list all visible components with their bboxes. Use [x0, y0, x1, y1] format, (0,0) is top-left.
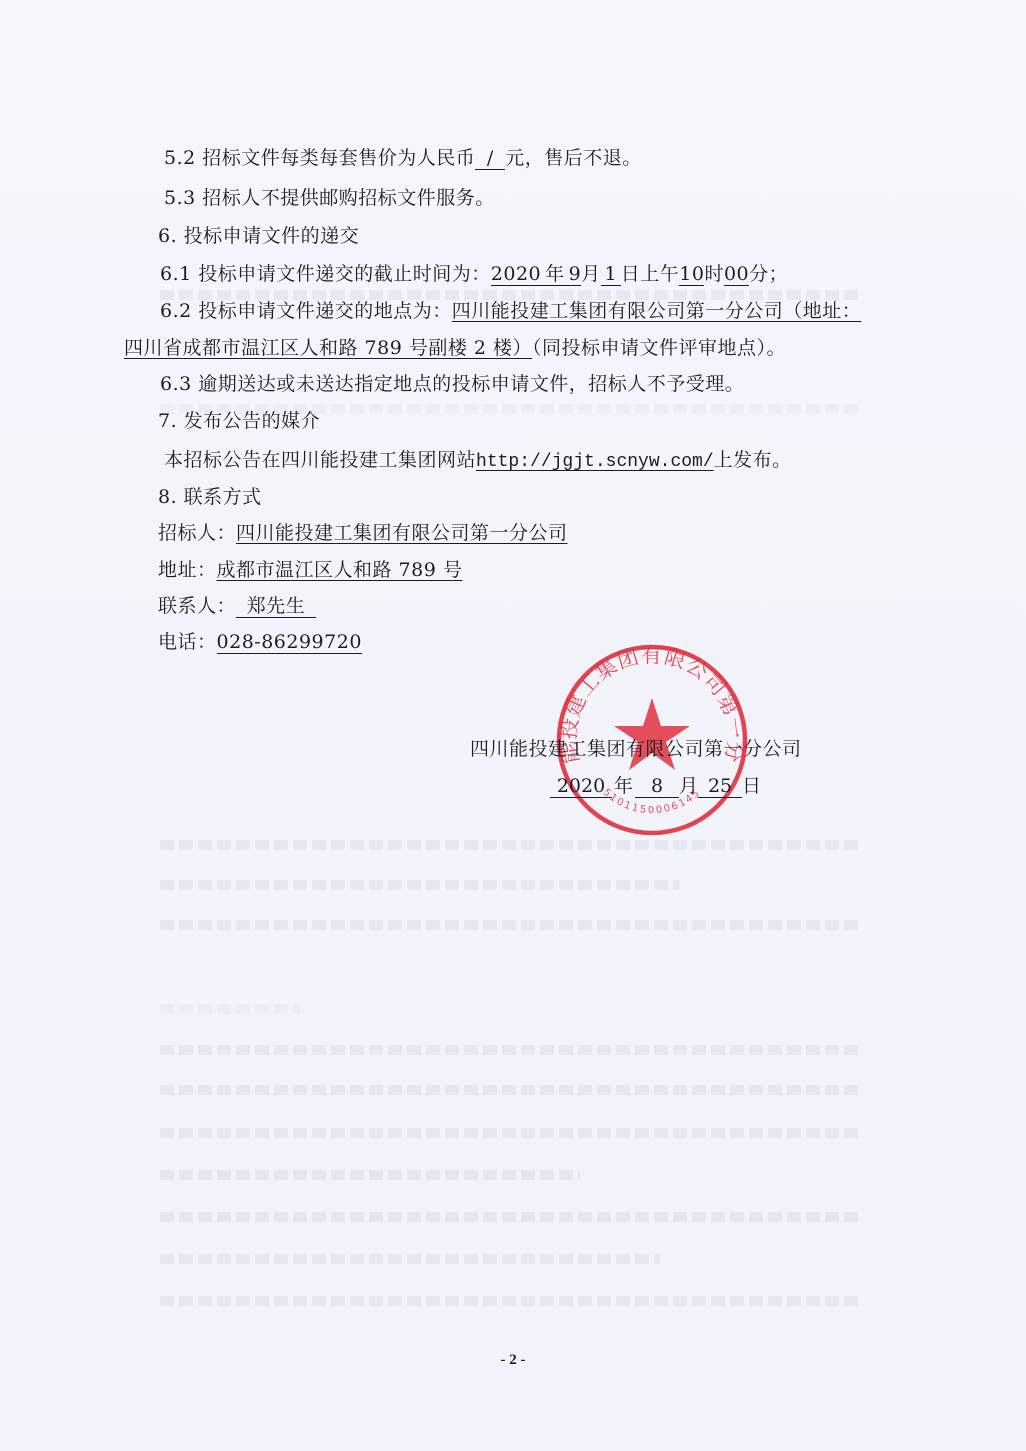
deadline-day-unit: 日上午 — [621, 263, 680, 285]
clause-5-2-suffix: 元，售后不退。 — [505, 147, 642, 169]
bleed-through-line — [160, 1296, 860, 1306]
bleed-through-line — [160, 880, 680, 890]
signing-organization-name: 四川能投建工集团有限公司第一分公司 — [470, 738, 802, 760]
bleed-through-line — [160, 1004, 300, 1014]
clause-6-3: 6.3 逾期送达或未送达指定地点的投标申请文件，招标人不予受理。 — [160, 372, 744, 396]
contact-row: 联系人： 郑先生 — [158, 594, 316, 618]
section-6-title: 6. 投标申请文件的递交 — [158, 225, 359, 247]
signing-year-unit: 年 — [612, 775, 635, 797]
bleed-through-line — [160, 1212, 860, 1222]
price-blank: / — [475, 147, 505, 170]
clause-6-2-line1: 6.2 投标申请文件递交的地点为：四川能投建工集团有限公司第一分公司（地址： — [160, 299, 861, 323]
tenderer-label: 招标人： — [158, 522, 236, 544]
section-6-heading: 6. 投标申请文件的递交 — [158, 224, 359, 248]
deadline-minute: 00 — [724, 263, 749, 286]
deadline-hour: 10 — [679, 263, 704, 286]
signing-day-unit: 日 — [742, 775, 761, 797]
signing-organization: 四川能投建工集团有限公司第一分公司 — [470, 737, 802, 761]
bleed-through-line — [160, 840, 860, 850]
deadline-year-unit: 年 — [541, 263, 569, 286]
signing-month: 8 — [635, 775, 679, 798]
address-value: 成都市温江区人和路 789 号 — [217, 559, 463, 581]
bleed-through-line — [160, 1254, 660, 1264]
signing-year: 2020 — [550, 775, 612, 798]
page-number: - 2 - — [0, 1352, 1026, 1369]
document-page: 5.2 招标文件每类每套售价为人民币 / 元，售后不退。 5.3 招标人不提供邮… — [0, 0, 1026, 1451]
clause-6-1: 6.1 投标申请文件递交的截止时间为：2020年 9 月 1 日上午 10 时 … — [160, 262, 788, 286]
address-row: 地址：成都市温江区人和路 789 号 — [158, 558, 462, 582]
deadline-minute-unit: 分； — [749, 263, 788, 285]
tenderer-row: 招标人：四川能投建工集团有限公司第一分公司 — [158, 521, 568, 545]
clause-5-3: 5.3 招标人不提供邮购招标文件服务。 — [164, 186, 495, 210]
phone-label: 电话： — [158, 631, 217, 653]
clause-6-1-prefix: 6.1 投标申请文件递交的截止时间为： — [160, 263, 491, 285]
tenderer-value: 四川能投建工集团有限公司第一分公司 — [236, 522, 568, 544]
clause-6-2-suffix: （同投标申请文件评审地点）。 — [532, 337, 786, 359]
website-link[interactable]: http://jgjt.scnyw.com/ — [476, 452, 714, 472]
contact-value: 郑先生 — [236, 595, 316, 618]
bleed-through-line — [160, 1045, 860, 1055]
clause-5-2-prefix: 5.2 招标文件每类每套售价为人民币 — [164, 147, 475, 169]
phone-value: 028-86299720 — [217, 631, 362, 654]
clause-6-2-prefix: 6.2 投标申请文件递交的地点为： — [160, 300, 452, 322]
clause-5-3-text: 5.3 招标人不提供邮购招标文件服务。 — [164, 187, 495, 209]
clause-6-2-line2: 四川省成都市温江区人和路 789 号副楼 2 楼）（同投标申请文件评审地点）。 — [124, 336, 786, 360]
publication-suffix: 上发布。 — [714, 449, 792, 471]
bleed-through-line — [160, 1128, 860, 1138]
section-8-heading: 8. 联系方式 — [158, 485, 262, 509]
clause-6-3-text: 6.3 逾期送达或未送达指定地点的投标申请文件，招标人不予受理。 — [160, 373, 744, 395]
phone-row: 电话： 028-86299720 — [158, 630, 362, 654]
deadline-hour-unit: 时 — [704, 263, 724, 285]
publication-prefix: 本招标公告在四川能投建工集团网站 — [164, 449, 476, 471]
signing-date: 2020年8月25日 — [550, 774, 761, 798]
contact-label: 联系人： — [158, 595, 236, 617]
signing-month-unit: 月 — [679, 775, 698, 797]
publication-media: 本招标公告在四川能投建工集团网站http://jgjt.scnyw.com/上发… — [164, 448, 792, 474]
submission-location-line1: 四川能投建工集团有限公司第一分公司（地址： — [452, 300, 862, 322]
section-8-title: 8. 联系方式 — [158, 486, 262, 508]
bleed-through-line — [160, 1085, 860, 1095]
deadline-day: 1 — [601, 263, 621, 286]
clause-5-2: 5.2 招标文件每类每套售价为人民币 / 元，售后不退。 — [164, 146, 642, 170]
deadline-year: 2020 — [491, 263, 541, 286]
address-label: 地址： — [158, 559, 217, 581]
submission-location-line2: 四川省成都市温江区人和路 789 号副楼 2 楼） — [124, 337, 532, 359]
bleed-through-line — [160, 920, 860, 930]
bleed-through-line — [160, 1170, 580, 1180]
deadline-month-unit: 月 — [581, 263, 601, 285]
deadline-month: 9 — [569, 263, 582, 286]
section-7-heading: 7. 发布公告的媒介 — [158, 409, 320, 433]
signing-day: 25 — [698, 775, 742, 798]
section-7-title: 7. 发布公告的媒介 — [158, 410, 320, 432]
